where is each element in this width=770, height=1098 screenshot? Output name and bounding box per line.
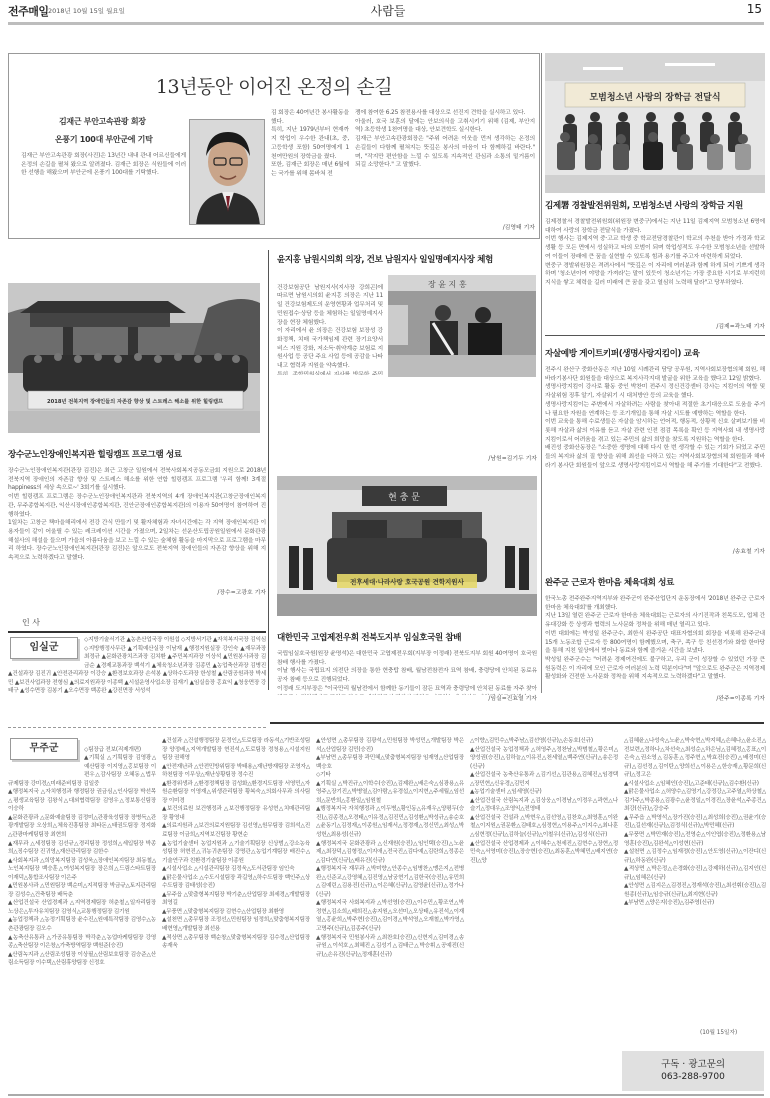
- svg-text:2018년 전북지역 장애인들의 자존감 향상 및 스트레스: 2018년 전북지역 장애인들의 자존감 향상 및 스트레스 해소를 위한 힐링…: [47, 397, 223, 405]
- jangsu-byline: /장수=고광호 기자: [8, 587, 266, 596]
- personnel-muju-col4: △이향△김민수△박주남△김선영(신규)△손동호(신규) ▲산업건설국 농업정책과…: [470, 737, 618, 1087]
- article-main-col1: 김 회장은 40여년간 봉사활동을 했다. 특히, 지난 1979년부터 현재까…: [271, 109, 349, 234]
- masthead: 전주매일 2018년 10월 15일 월요일 사람들 15: [8, 0, 764, 22]
- personnel-imsil-text: ◇지방기술서기관 ▲농촌산업국장 이원섭 ◇지방서기관 ▲자치복지국장 김익심 …: [8, 636, 266, 708]
- article-main-byline: /김영태 기자: [355, 222, 535, 231]
- newspaper-logo: 전주매일: [8, 3, 49, 19]
- footer-rule: [8, 1094, 764, 1096]
- float-spacer: [8, 746, 84, 772]
- personnel-muju-col1-text: ◇팀장급 전보(직제개편) ▲기획실 △기획팀장 김영광△예산팀장 이지영△홍보…: [8, 747, 156, 967]
- wanju-headline: 완주군 근로자 한마음 체육대회 성료: [545, 576, 767, 588]
- jangsu-headline: 장수군노인장애인복지관 힐링캠프 프로그램 성료: [8, 448, 270, 460]
- svg-text:모범청소년 사랑의 장학금 전달식: 모범청소년 사랑의 장학금 전달식: [589, 91, 720, 103]
- jangsu-body: 장수군노인장애인복지관(관장 김진)은 최근 고창군 일원에서 전북사회복지공동…: [8, 467, 266, 587]
- dashed-divider: [8, 727, 266, 728]
- wanju-body: 한국노총 전주완주지역지부와 완주군이 완주산업단지 운동장에서 '2018년 …: [545, 595, 765, 693]
- personnel-muju-col2: ▲건설과 △건설행정팀장 문정인△도로팀장 라동석△기반조성팀장 양정배△지역개…: [162, 737, 310, 1087]
- article-main-box: 13년동안 이어진 온정의 손길 김재근 부안고속관광 회장 온풍기 100대 …: [8, 53, 540, 239]
- article-main-headline: 13년동안 이어진 온정의 손길: [9, 72, 539, 99]
- suicide-prevention-headline: 자살예방 게이트키퍼(생명사랑지킴이) 교육: [545, 347, 767, 359]
- cemetery-headline: 대한민국 고엽제전우회 전북도지부 임실호국원 참배: [277, 631, 537, 643]
- page-number: 15: [747, 2, 762, 16]
- divider: [545, 335, 765, 336]
- section-rule: [270, 722, 764, 724]
- article-main-lead: 김재근 부안고속관광 회장(사진)은 13년간 내내 관내 어르신들에게 온정의…: [21, 152, 186, 197]
- cemetery-byline: /임실=진효열 기자: [277, 693, 537, 702]
- namwon-photo: 장 윤 지 홍: [388, 275, 536, 377]
- issue-date: 2018년 10월 15일 월요일: [48, 6, 125, 15]
- personnel-muju-col5: △김혜윤△나성숙△노윤△박숙현△박지혜△손혜나△윤소진△전보련△정하나△차선숙△…: [624, 737, 766, 1027]
- jangsu-group-photo: 2018년 전북지역 장애인들의 자존감 향상 및 스트레스 해소를 위한 힐링…: [8, 283, 260, 433]
- gimje-headline: 김제署 경찰발전위원회, 모범청소년 사랑의 장학금 지원: [545, 199, 767, 211]
- wanju-byline: /완주=이종록 기자: [545, 693, 765, 702]
- namwon-body: 건강보험공단 남원지사(지사장 강희곤)에 따르면 남원시의회 윤지홍 의장은 …: [277, 275, 383, 375]
- gimje-body: 김제경찰서 경찰발전위원회(위원장 변중구)에서는 지난 11일 김제지역 모범…: [545, 218, 765, 320]
- suicide-prevention-body: 전주시 완산구 중화산동은 지난 10일 시례관리 담당 공무원, 지역사회보장…: [545, 366, 765, 546]
- portrait-photo: [189, 119, 265, 225]
- ad-phone-number: 063-288-9700: [622, 1072, 764, 1082]
- namwon-byline: /남원=김기두 기자: [277, 453, 537, 462]
- personnel-muju-col1: ◇팀장급 전보(직제개편) ▲기획실 △기획팀장 김영광△예산팀장 이지영△홍보…: [8, 737, 156, 1087]
- svg-text:전후세대·나라사랑 호국공원 견학지원사: 전후세대·나라사랑 호국공원 견학지원사: [350, 577, 464, 586]
- personnel-muju-col3: ▲안성면 △총무팀장 김광석△민원팀장 박성민△개발팀장 박은석△산업팀장 김민…: [316, 737, 464, 1087]
- suicide-prevention-byline: /송효철 기자: [545, 546, 765, 555]
- namwon-body-text: 건강보험공단 남원지사(지사장 강희곤)에 따르면 남원시의회 윤지홍 의장은 …: [277, 285, 383, 375]
- personnel-dateline: (10월 15일자): [700, 1027, 737, 1036]
- article-main-col2: 쟁에 참여한 6.25 참전용사를 대상으로 선진지 견학을 실시하고 있다. …: [355, 109, 535, 219]
- personnel-rule: [8, 631, 266, 633]
- article-main-subhead-1: 김재근 부안고속관광 회장: [59, 116, 146, 127]
- namwon-headline: 윤지홍 남원시의회 의장, 건보 남원지사 일일명예지사장 체험: [277, 253, 537, 265]
- column-divider: [268, 250, 269, 690]
- svg-text:현 충 문: 현 충 문: [388, 491, 420, 503]
- cemetery-group-photo: 현 충 문 전후세대·나라사랑 호국공원 견학지원사: [277, 476, 537, 616]
- ad-title: 구독 · 광고문의: [622, 1056, 764, 1070]
- gimje-group-photo: 모범청소년 사랑의 장학금 전달식: [545, 53, 765, 193]
- cemetery-body: 국립임실호국원(원장 윤명석)은 대한민국 고엽제전우회(지부장 이정래) 전북…: [277, 650, 537, 695]
- masthead-rule: [8, 22, 764, 25]
- gimje-byline: /김제=곽노태 기자: [545, 321, 765, 330]
- float-spacer: [8, 636, 84, 662]
- article-main-subhead-2: 온풍기 100대 부안군에 기탁: [55, 134, 153, 145]
- svg-text:장 윤 지 홍: 장 윤 지 홍: [428, 279, 467, 289]
- column-divider: [541, 53, 542, 693]
- subscription-ad-box: 구독 · 광고문의 063-288-9700: [622, 1051, 764, 1091]
- personnel-section-label: 인 사: [22, 617, 40, 628]
- section-title: 사람들: [348, 2, 428, 19]
